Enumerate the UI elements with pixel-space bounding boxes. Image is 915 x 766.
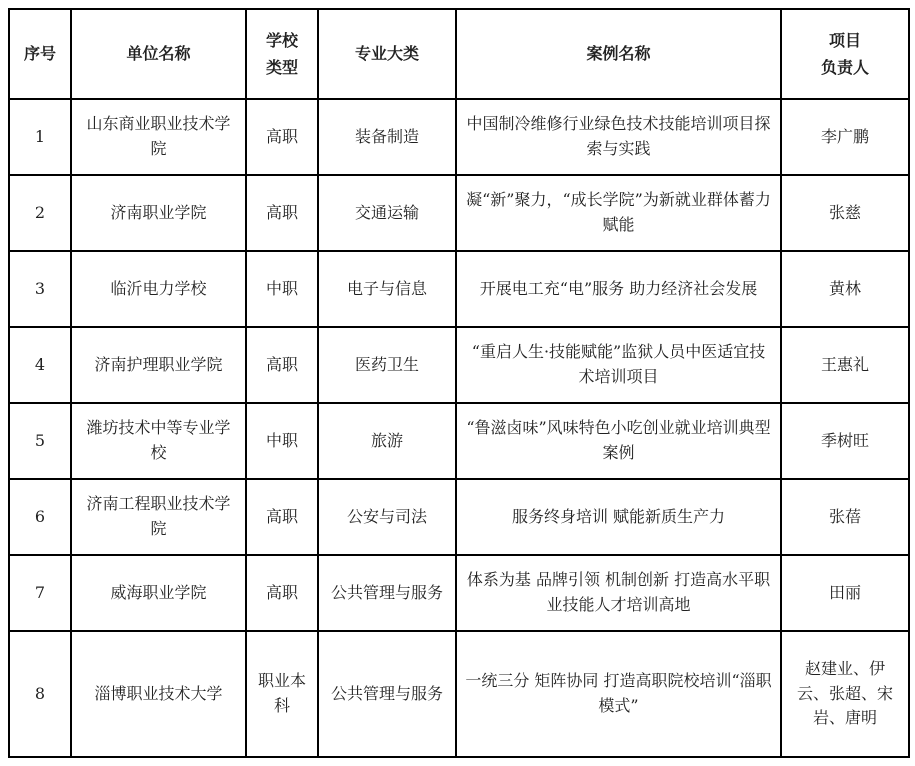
cell-case-name: 服务终身培训 赋能新质生产力 <box>456 479 781 555</box>
cell-case-name: “重启人生·技能赋能”监狱人员中医适宜技术培训项目 <box>456 327 781 403</box>
cell-no: 6 <box>9 479 71 555</box>
cell-school-type: 高职 <box>246 479 318 555</box>
cell-no: 3 <box>9 251 71 327</box>
table-row: 2 济南职业学院 高职 交通运输 凝“新”聚力，“成长学院”为新就业群体蓄力赋能… <box>9 175 909 251</box>
table-row: 1 山东商业职业技术学院 高职 装备制造 中国制冷维修行业绿色技术技能培训项目探… <box>9 99 909 175</box>
cell-unit-name: 临沂电力学校 <box>71 251 246 327</box>
table-row: 6 济南工程职业技术学院 高职 公安与司法 服务终身培训 赋能新质生产力 张蓓 <box>9 479 909 555</box>
table-row: 3 临沂电力学校 中职 电子与信息 开展电工充“电”服务 助力经济社会发展 黄林 <box>9 251 909 327</box>
cell-school-type: 高职 <box>246 175 318 251</box>
cell-unit-name: 济南职业学院 <box>71 175 246 251</box>
cell-unit-name: 济南护理职业学院 <box>71 327 246 403</box>
table-row: 4 济南护理职业学院 高职 医药卫生 “重启人生·技能赋能”监狱人员中医适宜技术… <box>9 327 909 403</box>
cell-unit-name: 潍坊技术中等专业学校 <box>71 403 246 479</box>
cell-major-category: 交通运输 <box>318 175 456 251</box>
cell-project-leader: 张蓓 <box>781 479 909 555</box>
header-project-leader: 项目 负责人 <box>781 9 909 99</box>
cell-project-leader: 李广鹏 <box>781 99 909 175</box>
cell-project-leader: 王惠礼 <box>781 327 909 403</box>
header-case-name: 案例名称 <box>456 9 781 99</box>
cell-no: 8 <box>9 631 71 757</box>
header-unit-name: 单位名称 <box>71 9 246 99</box>
cell-project-leader: 田丽 <box>781 555 909 631</box>
cell-major-category: 电子与信息 <box>318 251 456 327</box>
cell-unit-name: 威海职业学院 <box>71 555 246 631</box>
cell-project-leader: 张慈 <box>781 175 909 251</box>
header-no: 序号 <box>9 9 71 99</box>
cell-school-type: 中职 <box>246 251 318 327</box>
cell-major-category: 旅游 <box>318 403 456 479</box>
header-row: 序号 单位名称 学校 类型 专业大类 案例名称 项目 负责人 <box>9 9 909 99</box>
cell-no: 1 <box>9 99 71 175</box>
cell-unit-name: 淄博职业技术大学 <box>71 631 246 757</box>
cell-major-category: 医药卫生 <box>318 327 456 403</box>
table-row: 8 淄博职业技术大学 职业本科 公共管理与服务 一统三分 矩阵协同 打造高职院校… <box>9 631 909 757</box>
cell-case-name: 一统三分 矩阵协同 打造高职院校培训“淄职模式” <box>456 631 781 757</box>
cell-project-leader: 黄林 <box>781 251 909 327</box>
cell-no: 2 <box>9 175 71 251</box>
cell-case-name: “鲁滋卤味”风味特色小吃创业就业培训典型案例 <box>456 403 781 479</box>
cell-case-name: 开展电工充“电”服务 助力经济社会发展 <box>456 251 781 327</box>
header-major-category: 专业大类 <box>318 9 456 99</box>
cell-major-category: 公共管理与服务 <box>318 555 456 631</box>
cell-school-type: 高职 <box>246 327 318 403</box>
cell-school-type: 高职 <box>246 99 318 175</box>
cell-no: 7 <box>9 555 71 631</box>
cell-case-name: 中国制冷维修行业绿色技术技能培训项目探索与实践 <box>456 99 781 175</box>
cell-project-leader: 季树旺 <box>781 403 909 479</box>
cell-no: 4 <box>9 327 71 403</box>
cell-unit-name: 山东商业职业技术学院 <box>71 99 246 175</box>
training-cases-table: 序号 单位名称 学校 类型 专业大类 案例名称 项目 负责人 1 山东商业职业技… <box>8 8 910 758</box>
cell-unit-name: 济南工程职业技术学院 <box>71 479 246 555</box>
table-row: 5 潍坊技术中等专业学校 中职 旅游 “鲁滋卤味”风味特色小吃创业就业培训典型案… <box>9 403 909 479</box>
cell-school-type: 中职 <box>246 403 318 479</box>
cell-school-type: 职业本科 <box>246 631 318 757</box>
cell-major-category: 公安与司法 <box>318 479 456 555</box>
table-row: 7 威海职业学院 高职 公共管理与服务 体系为基 品牌引领 机制创新 打造高水平… <box>9 555 909 631</box>
cell-case-name: 凝“新”聚力，“成长学院”为新就业群体蓄力赋能 <box>456 175 781 251</box>
cell-major-category: 装备制造 <box>318 99 456 175</box>
cell-project-leader: 赵建业、伊云、张超、宋岩、唐明 <box>781 631 909 757</box>
cell-school-type: 高职 <box>246 555 318 631</box>
cell-case-name: 体系为基 品牌引领 机制创新 打造高水平职业技能人才培训高地 <box>456 555 781 631</box>
cell-no: 5 <box>9 403 71 479</box>
cell-major-category: 公共管理与服务 <box>318 631 456 757</box>
header-school-type: 学校 类型 <box>246 9 318 99</box>
